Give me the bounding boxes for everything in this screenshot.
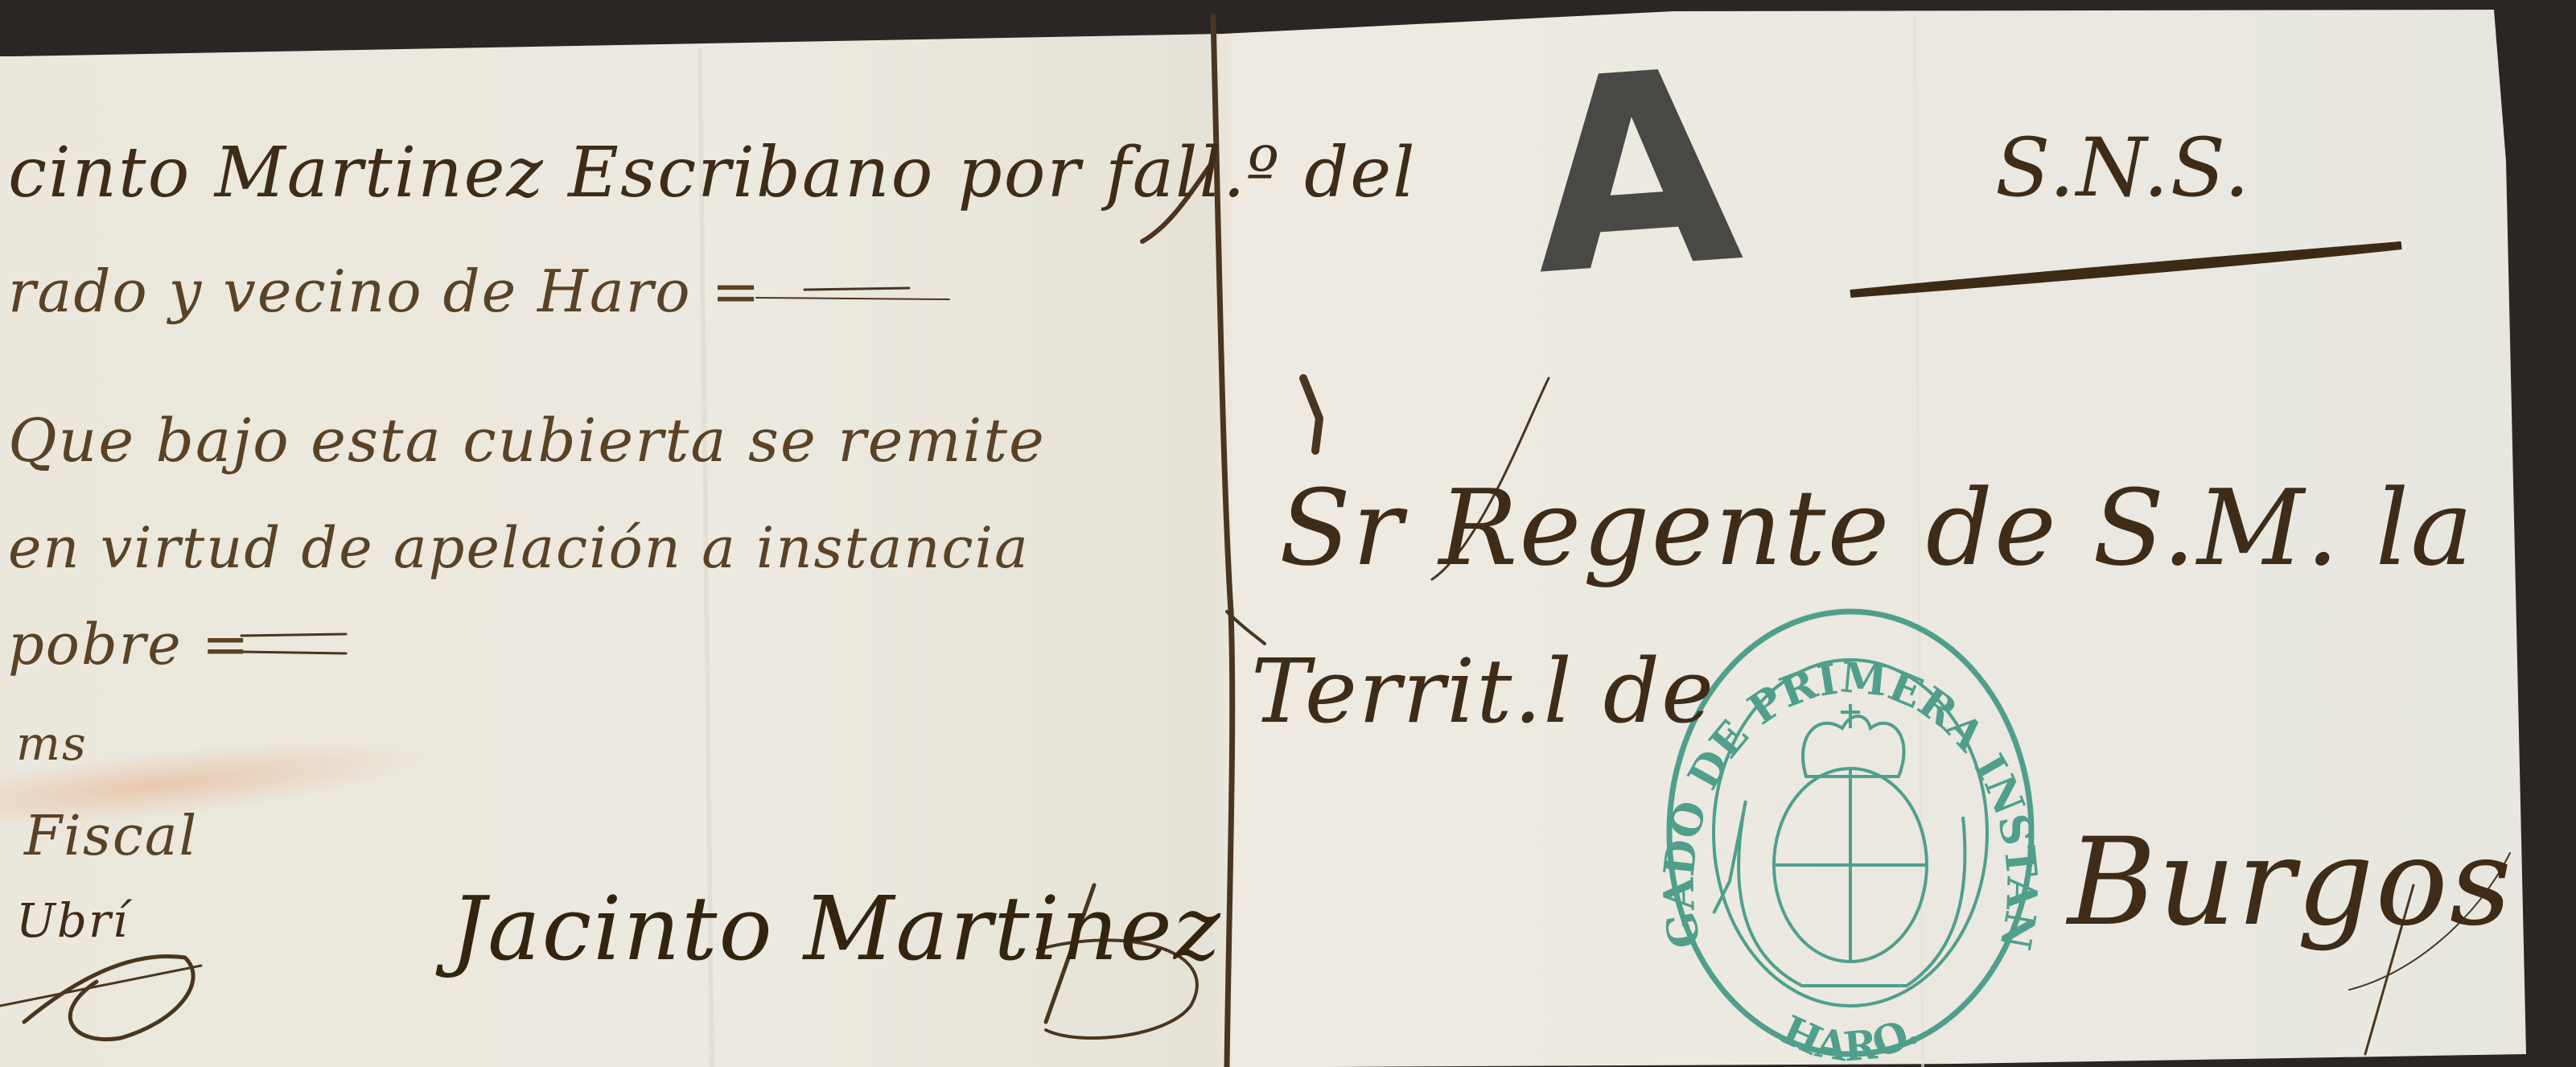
address-line-1: Sr Regente de S.M. la (1279, 467, 2475, 589)
left-line-5: pobre = (8, 612, 251, 678)
left-line-8: Ubrí (16, 893, 129, 948)
document-paper: JUZGADO DE PRIMERA INSTANCIA HARO. cinto… (0, 0, 2576, 1067)
left-line-3: Que bajo esta cubierta se remite (8, 406, 1046, 476)
left-line-6: ms (16, 716, 88, 771)
large-a-mark: A (1524, 33, 1747, 312)
left-line-2: rado y vecino de Haro = (8, 257, 762, 325)
signature-jacinto-martinez: Jacinto Martinez (451, 877, 1222, 980)
address-line-3-burgos: Burgos (2068, 813, 2513, 953)
address-line-2: Territ.l de (1251, 640, 1715, 743)
left-line-4: en virtud de apelación a instancia (8, 515, 1030, 581)
left-line-1: cinto Martinez Escribano por fall.º del (8, 133, 1417, 213)
service-note: S.N.S. (1995, 121, 2251, 215)
left-line-7: Fiscal (24, 805, 198, 868)
